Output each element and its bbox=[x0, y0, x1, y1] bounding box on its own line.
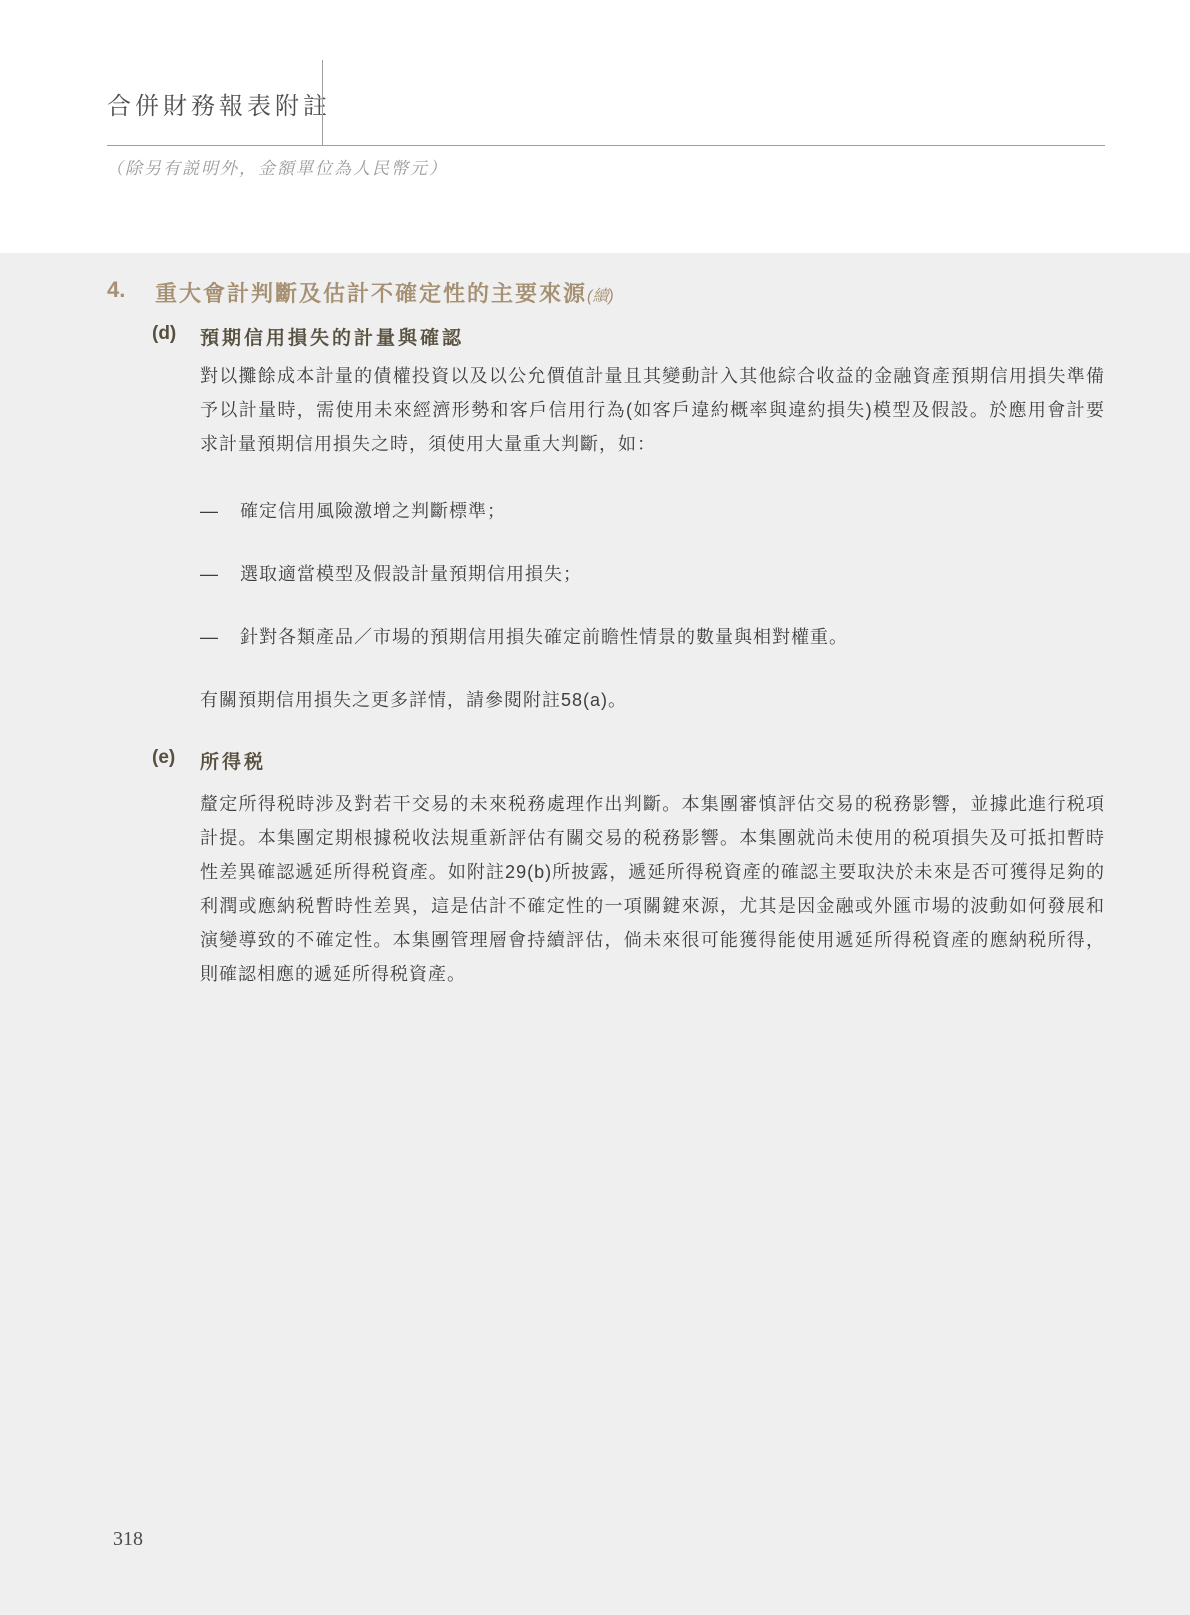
subsection-d-label: (d) bbox=[152, 323, 176, 345]
subsection-e-title: 所得税 bbox=[200, 747, 266, 774]
section-title-text: 重大會計判斷及估計不確定性的主要來源 bbox=[155, 281, 587, 306]
header-vertical-rule bbox=[322, 60, 323, 146]
subsection-d-title: 預期信用損失的計量與確認 bbox=[200, 323, 464, 350]
content-area: 4. 重大會計判斷及估計不確定性的主要來源(續) (d) 預期信用損失的計量與確… bbox=[0, 253, 1190, 1615]
page-number: 318 bbox=[113, 1528, 143, 1551]
subsection-e-paragraph: 釐定所得税時涉及對若干交易的未來税務處理作出判斷。本集團審慎評估交易的税務影響，… bbox=[200, 787, 1105, 991]
subsection-e-label: (e) bbox=[152, 747, 175, 769]
bullet-item: — 針對各類產品／市場的預期信用損失確定前瞻性情景的數量與相對權重。 bbox=[200, 620, 1105, 654]
report-page: 合併財務報表附註 （除另有説明外，金額單位為人民幣元） 4. 重大會計判斷及估計… bbox=[0, 0, 1190, 1615]
bullet-item: — 選取適當模型及假設計量預期信用損失； bbox=[200, 557, 1105, 591]
subsection-d-paragraph: 對以攤餘成本計量的債權投資以及以公允價值計量且其變動計入其他綜合收益的金融資產預… bbox=[200, 359, 1105, 461]
page-title: 合併財務報表附註 bbox=[107, 86, 331, 121]
bullet-dash-icon: — bbox=[200, 620, 240, 654]
bullet-text: 確定信用風險激增之判斷標準； bbox=[240, 494, 1105, 528]
section-continued-label: (續) bbox=[587, 288, 614, 305]
bullet-dash-icon: — bbox=[200, 557, 240, 591]
bullet-dash-icon: — bbox=[200, 494, 240, 528]
section-title: 重大會計判斷及估計不確定性的主要來源(續) bbox=[155, 277, 614, 308]
bullet-item: — 確定信用風險激增之判斷標準； bbox=[200, 494, 1105, 528]
section-number: 4. bbox=[107, 277, 125, 303]
bullet-text: 針對各類產品／市場的預期信用損失確定前瞻性情景的數量與相對權重。 bbox=[240, 620, 1105, 654]
page-subtitle: （除另有説明外，金額單位為人民幣元） bbox=[106, 154, 448, 179]
subsection-d-note: 有關預期信用損失之更多詳情，請參閱附註58(a)。 bbox=[200, 683, 1105, 717]
bullet-text: 選取適當模型及假設計量預期信用損失； bbox=[240, 557, 1105, 591]
header-horizontal-rule bbox=[107, 145, 1105, 146]
